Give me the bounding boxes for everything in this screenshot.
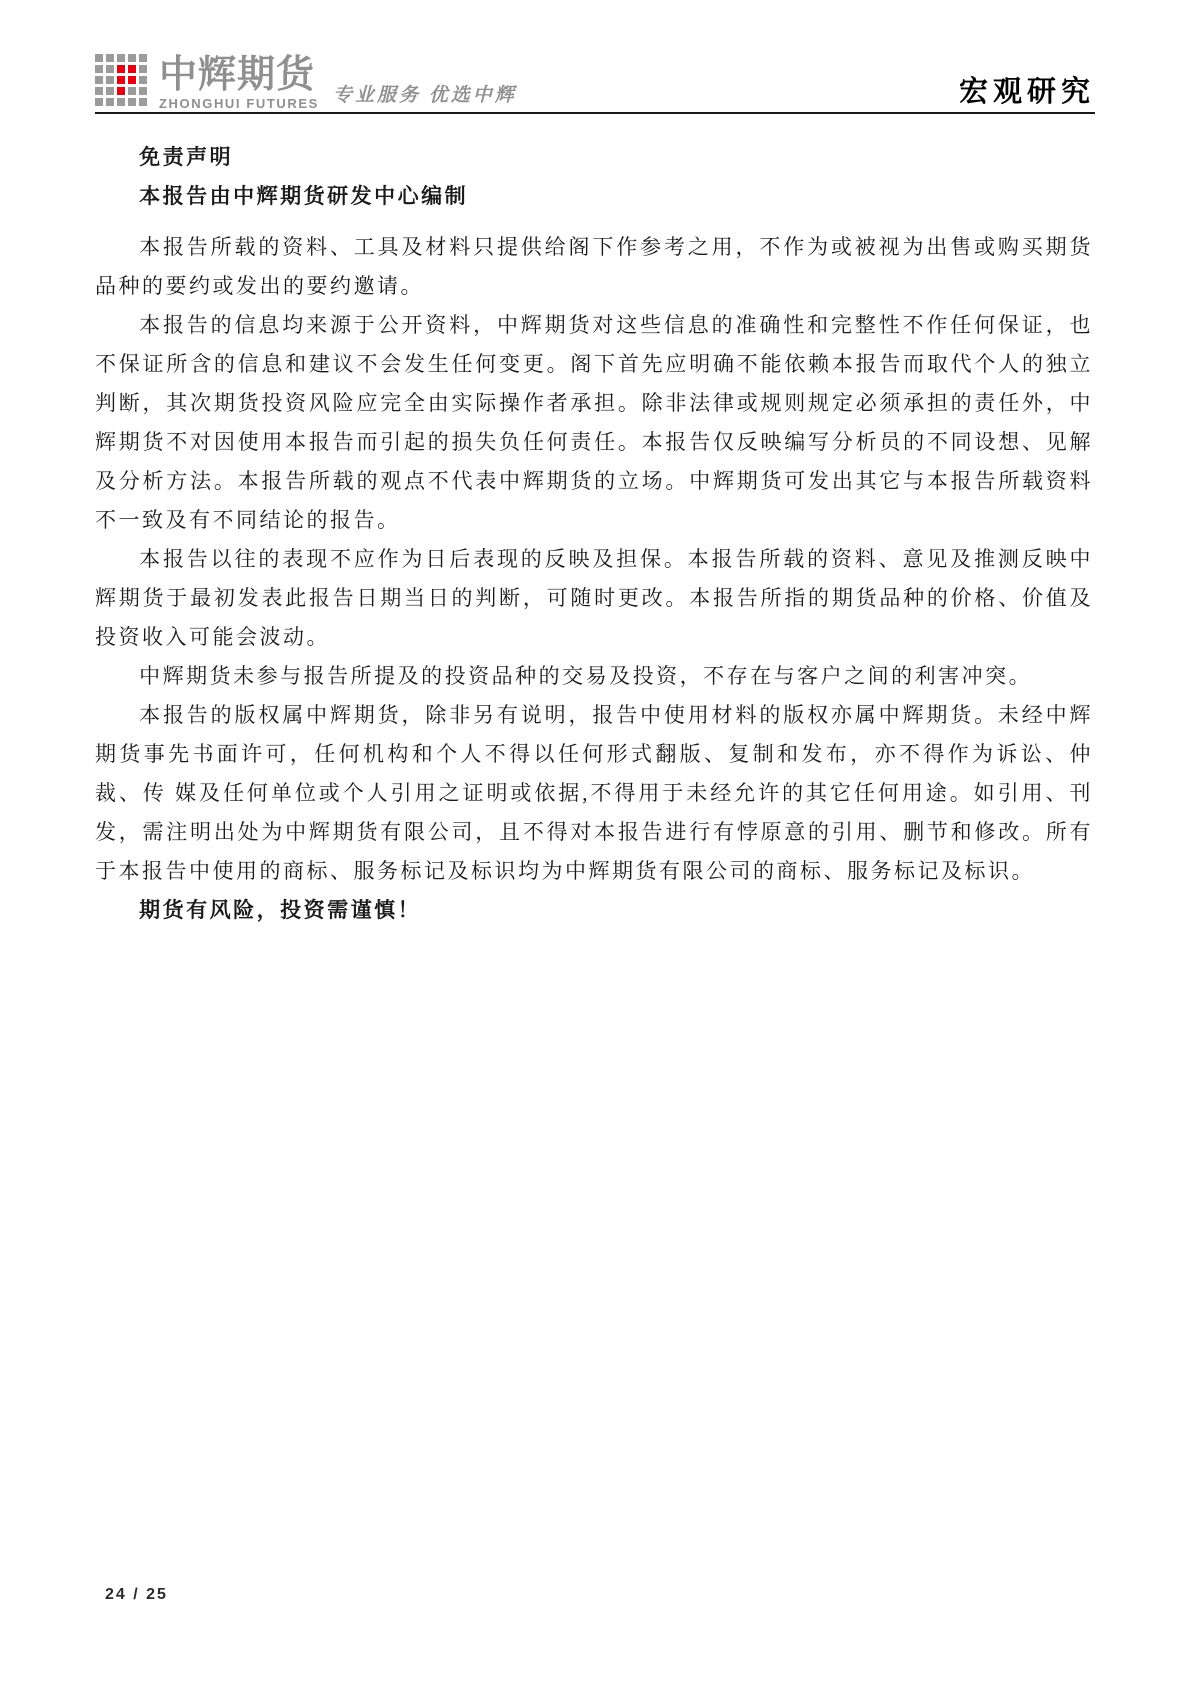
document-page: 中辉期货 ZHONGHUI FUTURES 专业服务 优选中辉 宏观研究 免责声… bbox=[0, 0, 1190, 1683]
page-header: 中辉期货 ZHONGHUI FUTURES 专业服务 优选中辉 宏观研究 bbox=[95, 42, 1095, 110]
disclaimer-paragraph: 中辉期货未参与报告所提及的投资品种的交易及投资，不存在与客户之间的利害冲突。 bbox=[95, 657, 1093, 696]
company-logo: 中辉期货 ZHONGHUI FUTURES 专业服务 优选中辉 bbox=[95, 54, 517, 110]
page-footer: 24 / 25 bbox=[105, 1586, 168, 1604]
prepared-by-line: 本报告由中辉期货研发中心编制 bbox=[95, 177, 1093, 216]
disclaimer-paragraph: 本报告的信息均来源于公开资料，中辉期货对这些信息的准确性和完整性不作任何保证，也… bbox=[95, 306, 1093, 540]
risk-warning: 期货有风险，投资需谨慎！ bbox=[95, 891, 1093, 930]
logo-company-name-cn: 中辉期货 bbox=[159, 56, 319, 94]
report-type-label: 宏观研究 bbox=[959, 69, 1095, 110]
disclaimer-title: 免责声明 bbox=[95, 138, 1093, 177]
logo-name-block: 中辉期货 ZHONGHUI FUTURES bbox=[159, 56, 319, 110]
disclaimer-paragraph: 本报告所载的资料、工具及材料只提供给阁下作参考之用，不作为或被视为出售或购买期货… bbox=[95, 228, 1093, 306]
disclaimer-paragraph: 本报告的版权属中辉期货，除非另有说明，报告中使用材料的版权亦属中辉期货。未经中辉… bbox=[95, 696, 1093, 891]
disclaimer-content: 免责声明 本报告由中辉期货研发中心编制 本报告所载的资料、工具及材料只提供给阁下… bbox=[95, 138, 1093, 930]
logo-grid-icon bbox=[95, 54, 147, 106]
logo-tagline: 专业服务 优选中辉 bbox=[333, 80, 517, 107]
page-number: 24 / 25 bbox=[105, 1586, 168, 1603]
logo-company-name-en: ZHONGHUI FUTURES bbox=[159, 97, 319, 110]
header-divider bbox=[95, 112, 1095, 114]
disclaimer-paragraph: 本报告以往的表现不应作为日后表现的反映及担保。本报告所载的资料、意见及推测反映中… bbox=[95, 540, 1093, 657]
